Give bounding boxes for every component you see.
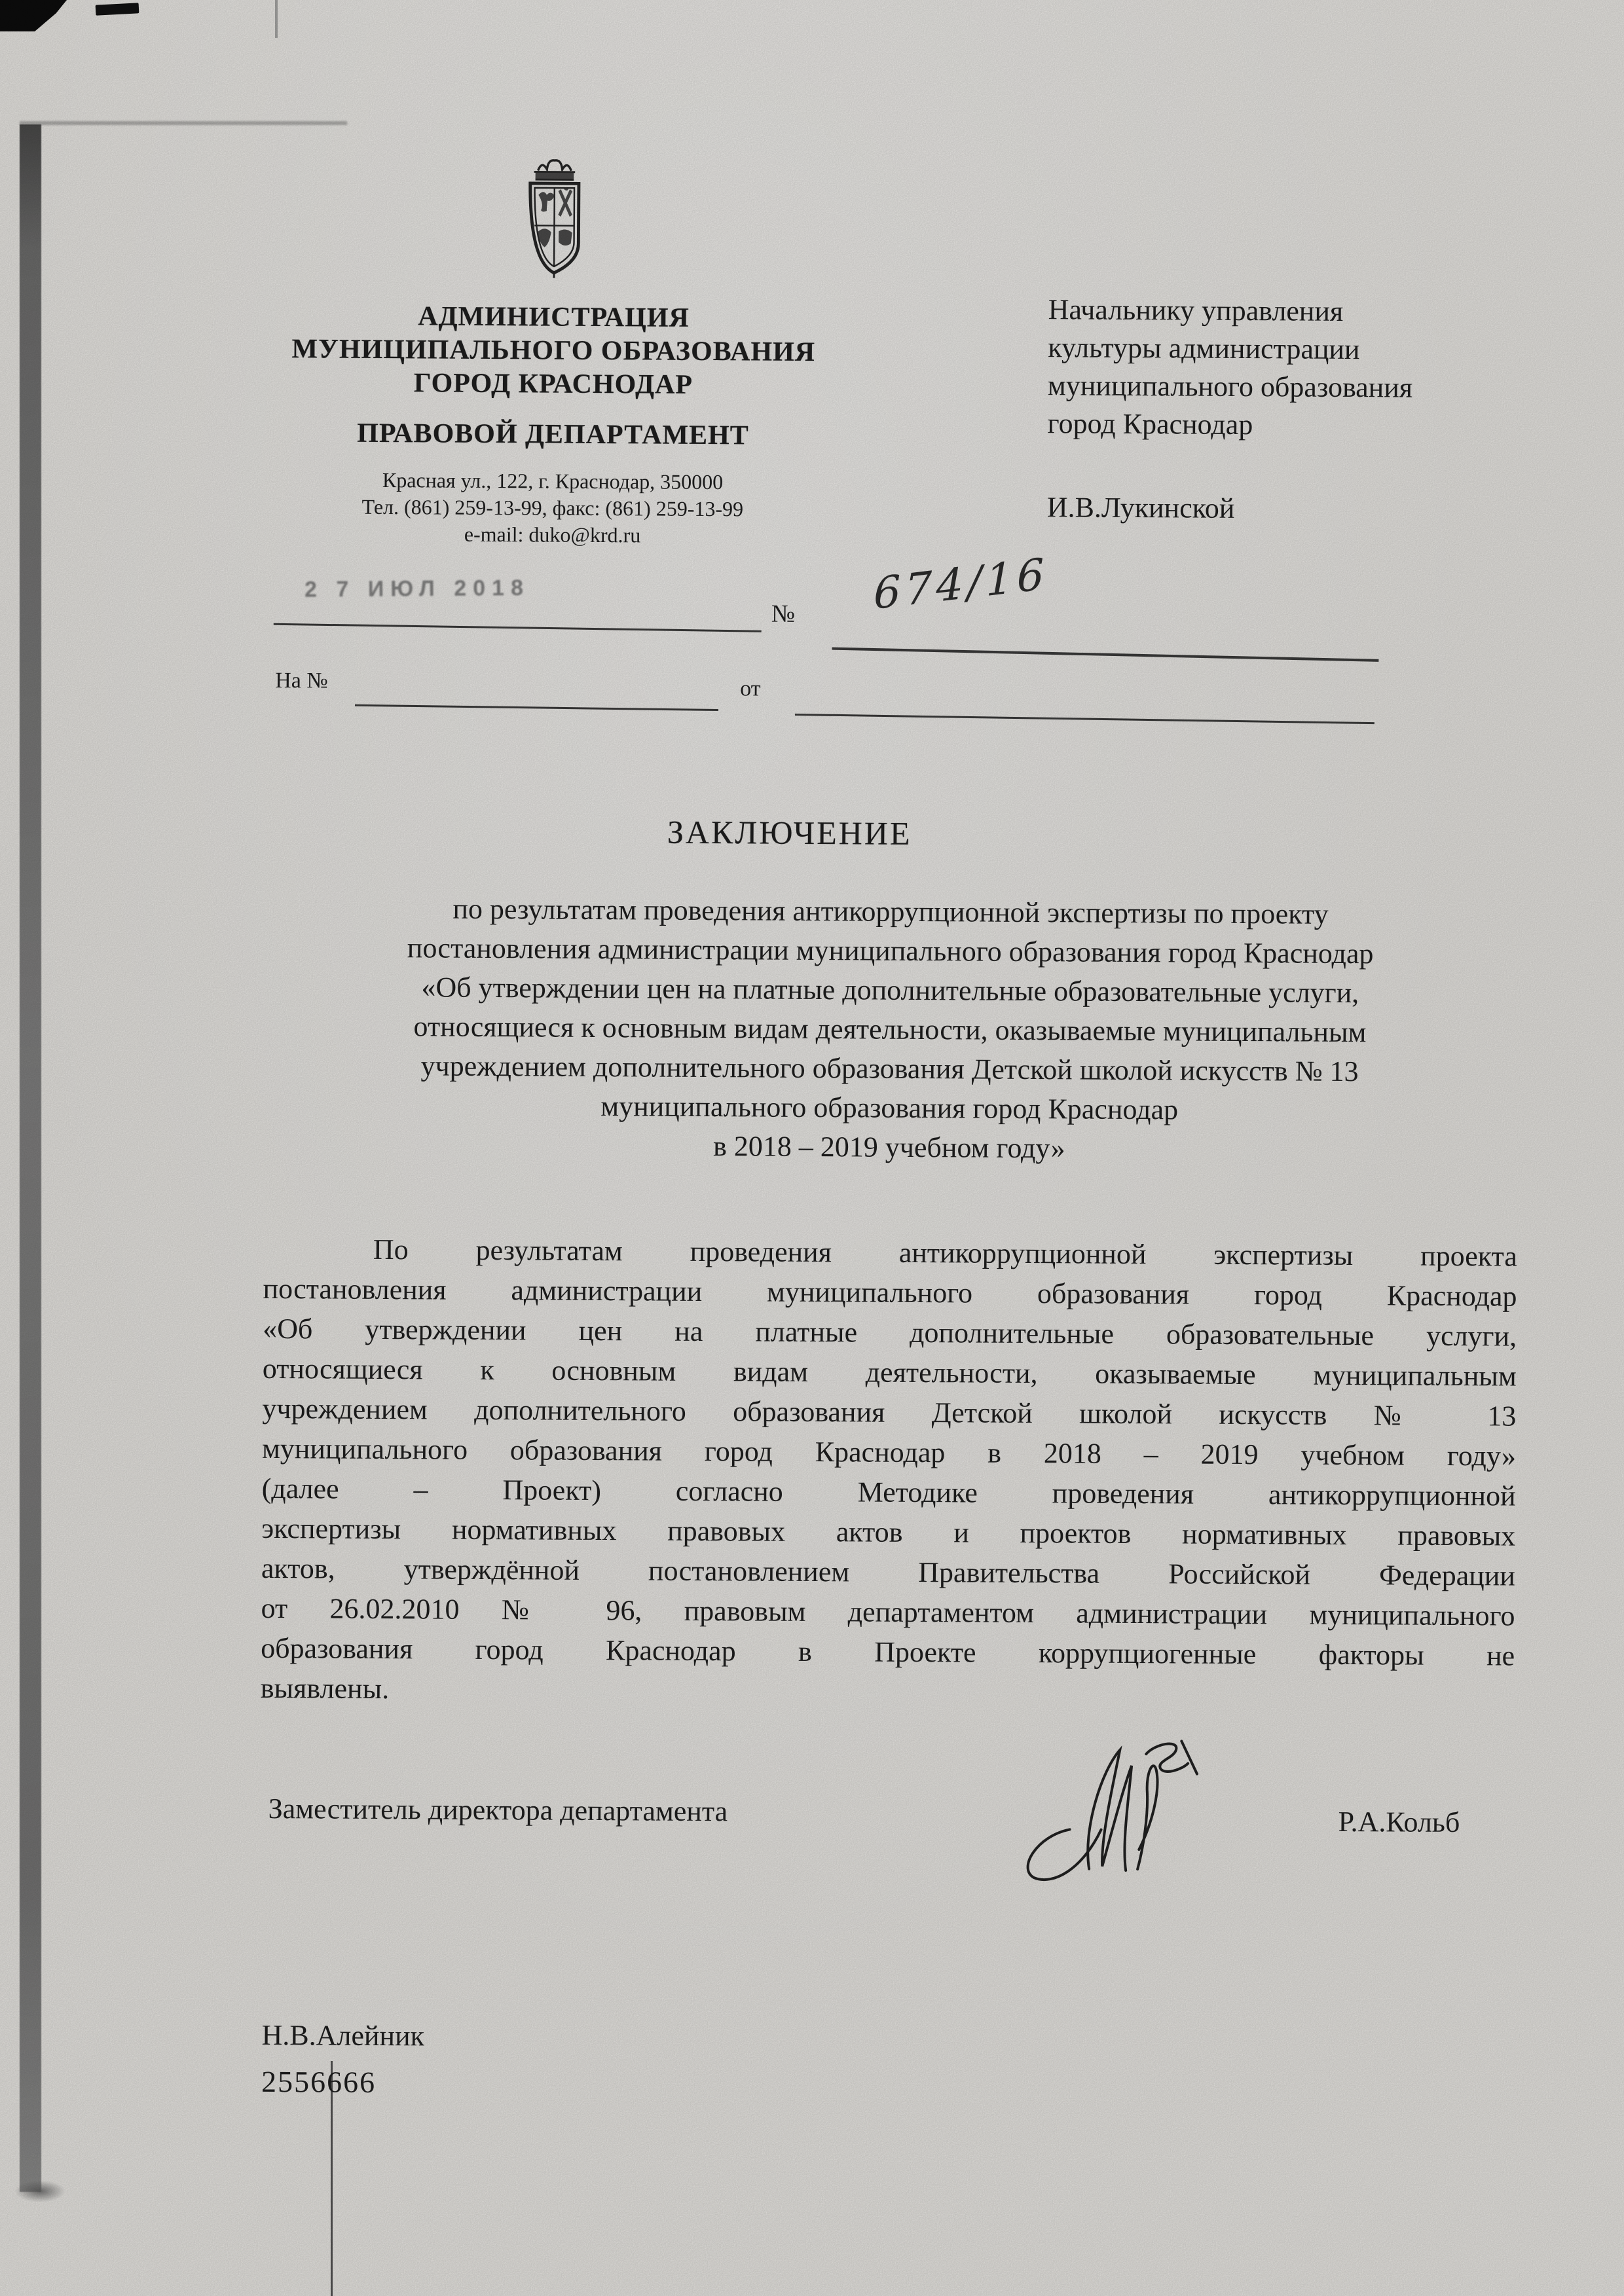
org-name-line: ГОРОД КРАСНОДАР: [265, 366, 841, 403]
org-name-line: АДМИНИСТРАЦИЯ: [265, 299, 841, 336]
number-underline: [832, 647, 1379, 662]
body-paragraph: По результатам проведения антикоррупцион…: [261, 1229, 1517, 1716]
krasnodar-coat-of-arms-icon: [515, 147, 593, 279]
addressee-line: муниципального образования: [1048, 367, 1519, 407]
addressee-line: Начальнику управления: [1048, 291, 1520, 331]
body-line: выявлены.: [261, 1668, 1515, 1716]
handwritten-outgoing-number: 674/16: [874, 549, 1048, 619]
letterhead-address: Красная ул., 122, г. Краснодар, 350000: [265, 466, 841, 496]
date-underline: [274, 623, 762, 632]
document-title: ЗАКЛЮЧЕНИЕ: [667, 813, 912, 852]
subject-line: в 2018 – 2019 учебном году»: [261, 1124, 1518, 1171]
reply-date-underline: [795, 714, 1375, 724]
document-subject: по результатам проведения антикоррупцион…: [261, 888, 1520, 1171]
reply-to-number-label: На №: [275, 668, 328, 693]
body-line: образования город Краснодар в Проекте ко…: [261, 1628, 1515, 1676]
addressee-block: Начальнику управления культуры администр…: [1047, 291, 1520, 529]
letterhead-phone: Тел. (861) 259-13-99, факс: (861) 259-13…: [265, 493, 841, 523]
executor-name: Н.В.Алейник: [261, 2018, 424, 2053]
letterhead-contacts: Красная ул., 122, г. Краснодар, 350000 Т…: [264, 466, 841, 550]
reply-number-underline: [355, 704, 718, 711]
scanned-letter-page: АДМИНИСТРАЦИЯ МУНИЦИПАЛЬНОГО ОБРАЗОВАНИЯ…: [0, 0, 1624, 2296]
addressee-line: город Краснодар: [1047, 405, 1519, 445]
org-name-line: МУНИЦИПАЛЬНОГО ОБРАЗОВАНИЯ: [265, 333, 841, 369]
letterhead: АДМИНИСТРАЦИЯ МУНИЦИПАЛЬНОГО ОБРАЗОВАНИЯ…: [264, 146, 843, 550]
addressee-name: И.В.Лукинской: [1047, 488, 1519, 529]
handwritten-signature-icon: [989, 1730, 1240, 1908]
letterhead-email: e-mail: duko@krd.ru: [264, 520, 840, 550]
subject-line: учреждением дополнительного образования …: [261, 1046, 1518, 1093]
letter-content: АДМИНИСТРАЦИЯ МУНИЦИПАЛЬНОГО ОБРАЗОВАНИЯ…: [0, 0, 1624, 2296]
executor-phone: 2556666: [261, 2064, 376, 2100]
signer-position: Заместитель директора департамента: [268, 1792, 728, 1828]
number-label: №: [771, 600, 796, 629]
department-name: ПРАВОВОЙ ДЕПАРТАМЕНТ: [265, 416, 841, 452]
reply-from-label: от: [740, 676, 761, 701]
date-stamp: 2 7 ИЮЛ 2018: [304, 575, 530, 603]
addressee-line: культуры администрации: [1048, 329, 1519, 369]
signer-name: Р.А.Кольб: [1338, 1805, 1460, 1839]
